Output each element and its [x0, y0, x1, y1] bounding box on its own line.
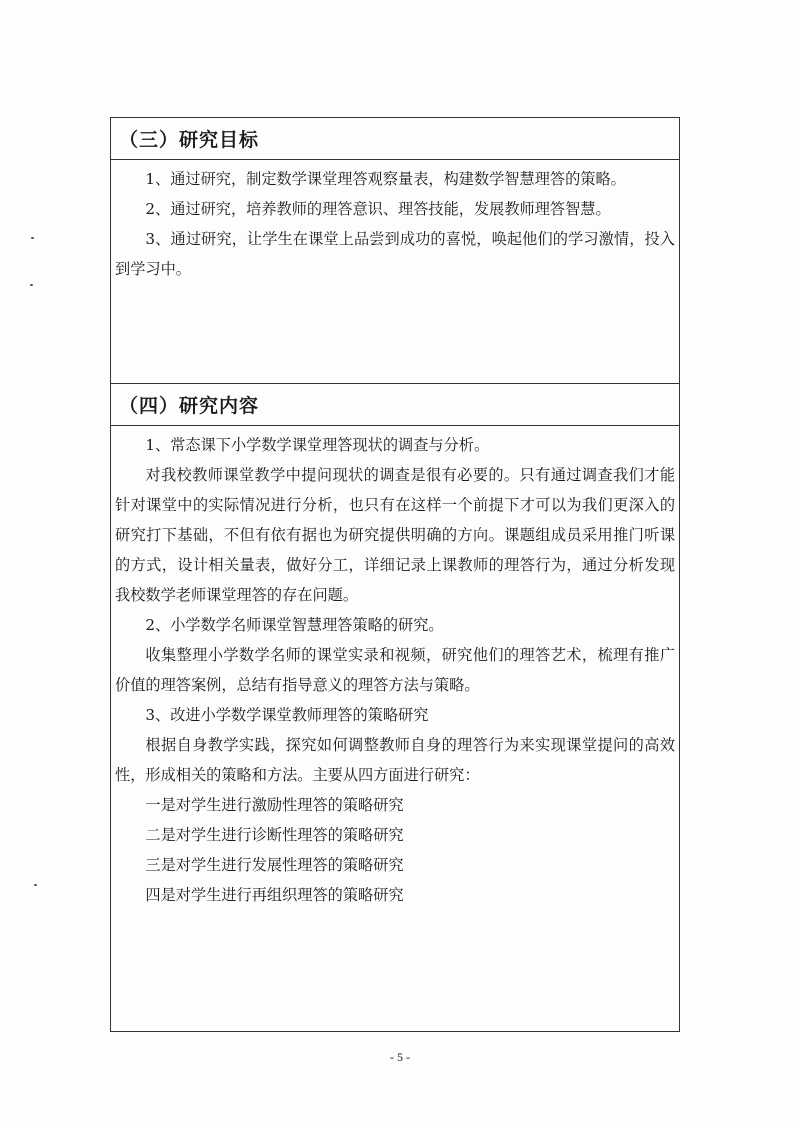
content-list-item: 三是对学生进行发展性理答的策略研究 — [115, 850, 675, 880]
goal-item: 2、通过研究，培养教师的理答意识、理答技能，发展教师理答智慧。 — [115, 194, 675, 224]
content-list-item: 一是对学生进行激励性理答的策略研究 — [115, 790, 675, 820]
content-subheading: 3、改进小学数学课堂教师理答的策略研究 — [115, 700, 675, 730]
scan-speck — [34, 884, 37, 886]
scan-speck — [31, 237, 34, 239]
content-subheading: 1、常态课下小学数学课堂理答现状的调查与分析。 — [115, 430, 675, 460]
research-goals-body: 1、通过研究，制定数学课堂理答观察量表，构建数学智慧理答的策略。 2、通过研究，… — [111, 160, 679, 384]
goal-item: 3、通过研究，让学生在课堂上品尝到成功的喜悦，唤起他们的学习激情，投入到学习中。 — [115, 224, 675, 284]
content-list-item: 四是对学生进行再组织理答的策略研究 — [115, 880, 675, 910]
content-paragraph: 收集整理小学数学名师的课堂实录和视频，研究他们的理答艺术，梳理有推广价值的理答案… — [115, 640, 675, 700]
content-paragraph: 根据自身教学实践，探究如何调整教师自身的理答行为来实现课堂提问的高效性，形成相关… — [115, 730, 675, 790]
goal-item: 1、通过研究，制定数学课堂理答观察量表，构建数学智慧理答的策略。 — [115, 164, 675, 194]
content-subheading: 2、小学数学名师课堂智慧理答策略的研究。 — [115, 610, 675, 640]
page-number: - 5 - — [0, 1050, 800, 1065]
scan-speck — [30, 284, 33, 286]
section-heading-research-goals: （三）研究目标 — [111, 118, 679, 160]
research-content-body: 1、常态课下小学数学课堂理答现状的调查与分析。 对我校教师课堂教学中提问现状的调… — [111, 426, 679, 1031]
content-list-item: 二是对学生进行诊断性理答的策略研究 — [115, 820, 675, 850]
section-heading-research-content: （四）研究内容 — [111, 384, 679, 426]
content-paragraph: 对我校教师课堂教学中提问现状的调查是很有必要的。只有通过调查我们才能针对课堂中的… — [115, 460, 675, 610]
research-form-table: （三）研究目标 1、通过研究，制定数学课堂理答观察量表，构建数学智慧理答的策略。… — [110, 117, 680, 1032]
